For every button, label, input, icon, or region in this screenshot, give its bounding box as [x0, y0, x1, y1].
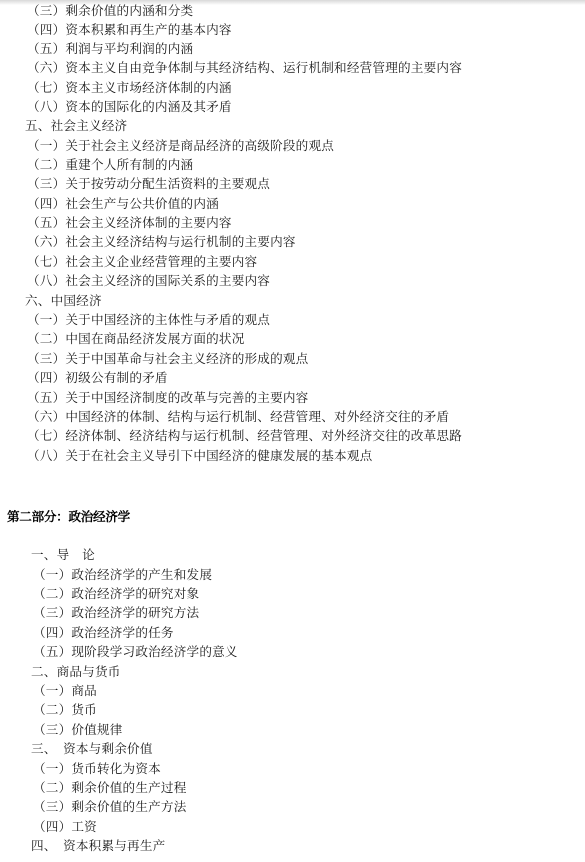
outline-item: （三）剩余价值的内涵和分类 [27, 3, 193, 19]
outline-item: （八）社会主义经济的国际关系的主要内容 [27, 273, 270, 289]
outline-item: （四）工资 [33, 819, 97, 835]
outline-item: （七）资本主义市场经济体制的内涵 [27, 80, 232, 96]
outline-item: （七）社会主义企业经营管理的主要内容 [27, 254, 257, 270]
outline-heading: 二、商品与货币 [31, 664, 121, 680]
outline-heading: 三、 资本与剩余价值 [31, 741, 153, 757]
outline-item: （四）政治经济学的任务 [33, 625, 174, 641]
outline-item: （三）政治经济学的研究方法 [33, 605, 199, 621]
outline-item: （四）资本积累和再生产的基本内容 [27, 22, 232, 38]
outline-item: （五）关于中国经济制度的改革与完善的主要内容 [27, 390, 308, 406]
part-title: 第二部分：政治经济学 [7, 509, 130, 525]
outline-heading: 四、 资本积累与再生产 [31, 838, 165, 854]
outline-item: （五）利润与平均利润的内涵 [27, 41, 193, 57]
outline-item: （二）中国在商品经济发展方面的状况 [27, 331, 245, 347]
outline-item: （六）社会主义经济结构与运行机制的主要内容 [27, 234, 296, 250]
outline-heading: 一、导 论 [31, 547, 95, 563]
outline-item: （三）剩余价值的生产方法 [33, 799, 187, 815]
outline-item: （一）关于中国经济的主体性与矛盾的观点 [27, 312, 270, 328]
outline-item: （八）资本的国际化的内涵及其矛盾 [27, 99, 232, 115]
outline-item: （二）政治经济学的研究对象 [33, 586, 199, 602]
outline-item: （五）现阶段学习政治经济学的意义 [33, 644, 238, 660]
outline-heading: 六、中国经济 [25, 293, 102, 309]
outline-item: （一）商品 [33, 683, 97, 699]
outline-item: （五）社会主义经济体制的主要内容 [27, 215, 232, 231]
outline-item: （二）重建个人所有制的内涵 [27, 157, 193, 173]
outline-item: （三）价值规律 [33, 722, 123, 738]
outline-item: （四）社会生产与公共价值的内涵 [27, 196, 219, 212]
outline-item: （一）关于社会主义经济是商品经济的高级阶段的观点 [27, 138, 334, 154]
outline-item: （三）关于中国革命与社会主义经济的形成的观点 [27, 351, 308, 367]
outline-item: （六）资本主义自由竞争体制与其经济结构、运行机制和经营管理的主要内容 [27, 60, 462, 76]
outline-item: （一）政治经济学的产生和发展 [33, 567, 212, 583]
outline-item: （七）经济体制、经济结构与运行机制、经营管理、对外经济交往的改革思路 [27, 428, 462, 444]
outline-heading: 五、社会主义经济 [25, 118, 127, 134]
outline-item: （一）货币转化为资本 [33, 761, 161, 777]
outline-item: （八）关于在社会主义导引下中国经济的健康发展的基本观点 [27, 448, 372, 464]
outline-item: （二）剩余价值的生产过程 [33, 780, 187, 796]
outline-item: （二）货币 [33, 702, 97, 718]
outline-item: （三）关于按劳动分配生活资料的主要观点 [27, 176, 270, 192]
outline-item: （六）中国经济的体制、结构与运行机制、经营管理、对外经济交往的矛盾 [27, 409, 449, 425]
outline-item: （四）初级公有制的矛盾 [27, 370, 168, 386]
